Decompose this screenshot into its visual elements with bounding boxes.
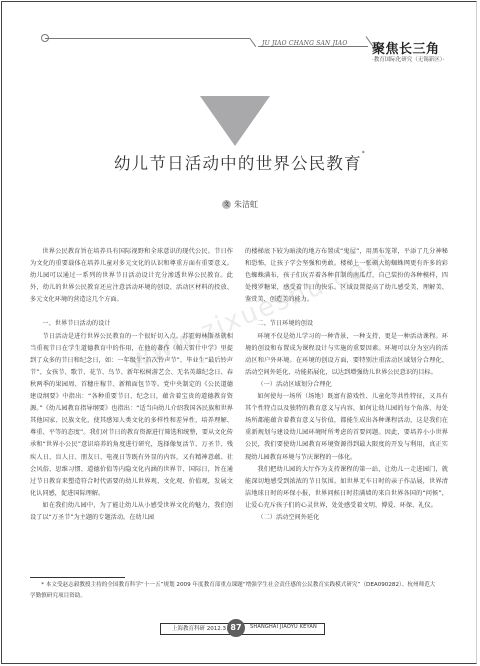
article-title-text: 幼儿节日活动中的世界公民教育 [114,154,362,173]
subsection-heading: （一）活动区域划分合理化 [245,379,448,391]
subsection-heading: （二）活动空间外延化 [245,512,448,524]
article-title: 幼儿节日活动中的世界公民教育* [0,150,480,174]
section-heading: 二、节日环境的创设 [245,318,448,330]
journal-name-cn: 上海教育科研 2012.3 [172,624,226,632]
body-paragraph: 如在我们幼儿园中，为了能让幼儿从小感受世界文化的魅力，我们创设了以“万圣节”为主… [30,500,233,524]
body-paragraph: 如何使每一场所（场地）既富有游戏性、儿童化等共性特征，又具有其个性特点以及独特的… [245,391,448,464]
body-paragraph: 我们把幼儿园的大厅作为支持课程的第一站，让幼儿一走进园门，就能深切地感受到浓浓的… [245,464,448,512]
journal-name-en: SHANGHAI JIAOYU KEYAN [250,624,317,630]
author-badge-icon: 文 [222,200,231,209]
title-footnote-mark: * [362,150,366,157]
page-number-badge: 87 [227,619,245,637]
author-name: 朱洁虹 [234,200,258,209]
body-paragraph: 环境不仅是幼儿学习的一种背景，一种支持，更是一种活动课程。环境的创设和布置成为课… [245,331,448,379]
intro-paragraph: 世界公民教育旨在培养具有国际视野和全球意识的现代公民。节日作为文化的重要载体在培… [30,246,233,306]
section-heading: 一、世界节日活动的设计 [30,318,233,330]
right-column: 的楼梯底下较为暗淡的地方布置成“鬼屋”，用黑布笼罩，平添了几分神秘和恐怖，让孩子… [245,246,448,524]
body-paragraph: 的楼梯底下较为暗淡的地方布置成“鬼屋”，用黑布笼罩，平添了几分神秘和恐怖，让孩子… [245,246,448,306]
left-column: 世界公民教育旨在培养具有国际视野和全球意识的现代公民。节日作为文化的重要载体在培… [30,246,233,524]
triangle-ornament-icon [200,96,270,146]
body-paragraph: 节日活动是进行世界公民教育的一个很好切入点。苏霍姆林斯基就相当重视节日在学生道德… [30,331,233,500]
author-byline: 文朱洁虹 [0,199,480,210]
header-rule [45,38,250,39]
footnote-rule [30,577,125,578]
footnote: * 本文受赵志毅教授主持的全国教育科学“十一五”规划 2009 年度教育部重点课… [30,580,440,602]
header-pinyin: JU JIAO CHANG SAN JIAO [262,40,347,47]
column-subtitle: ·教育国际化研究（无锡新区）· [372,55,444,63]
